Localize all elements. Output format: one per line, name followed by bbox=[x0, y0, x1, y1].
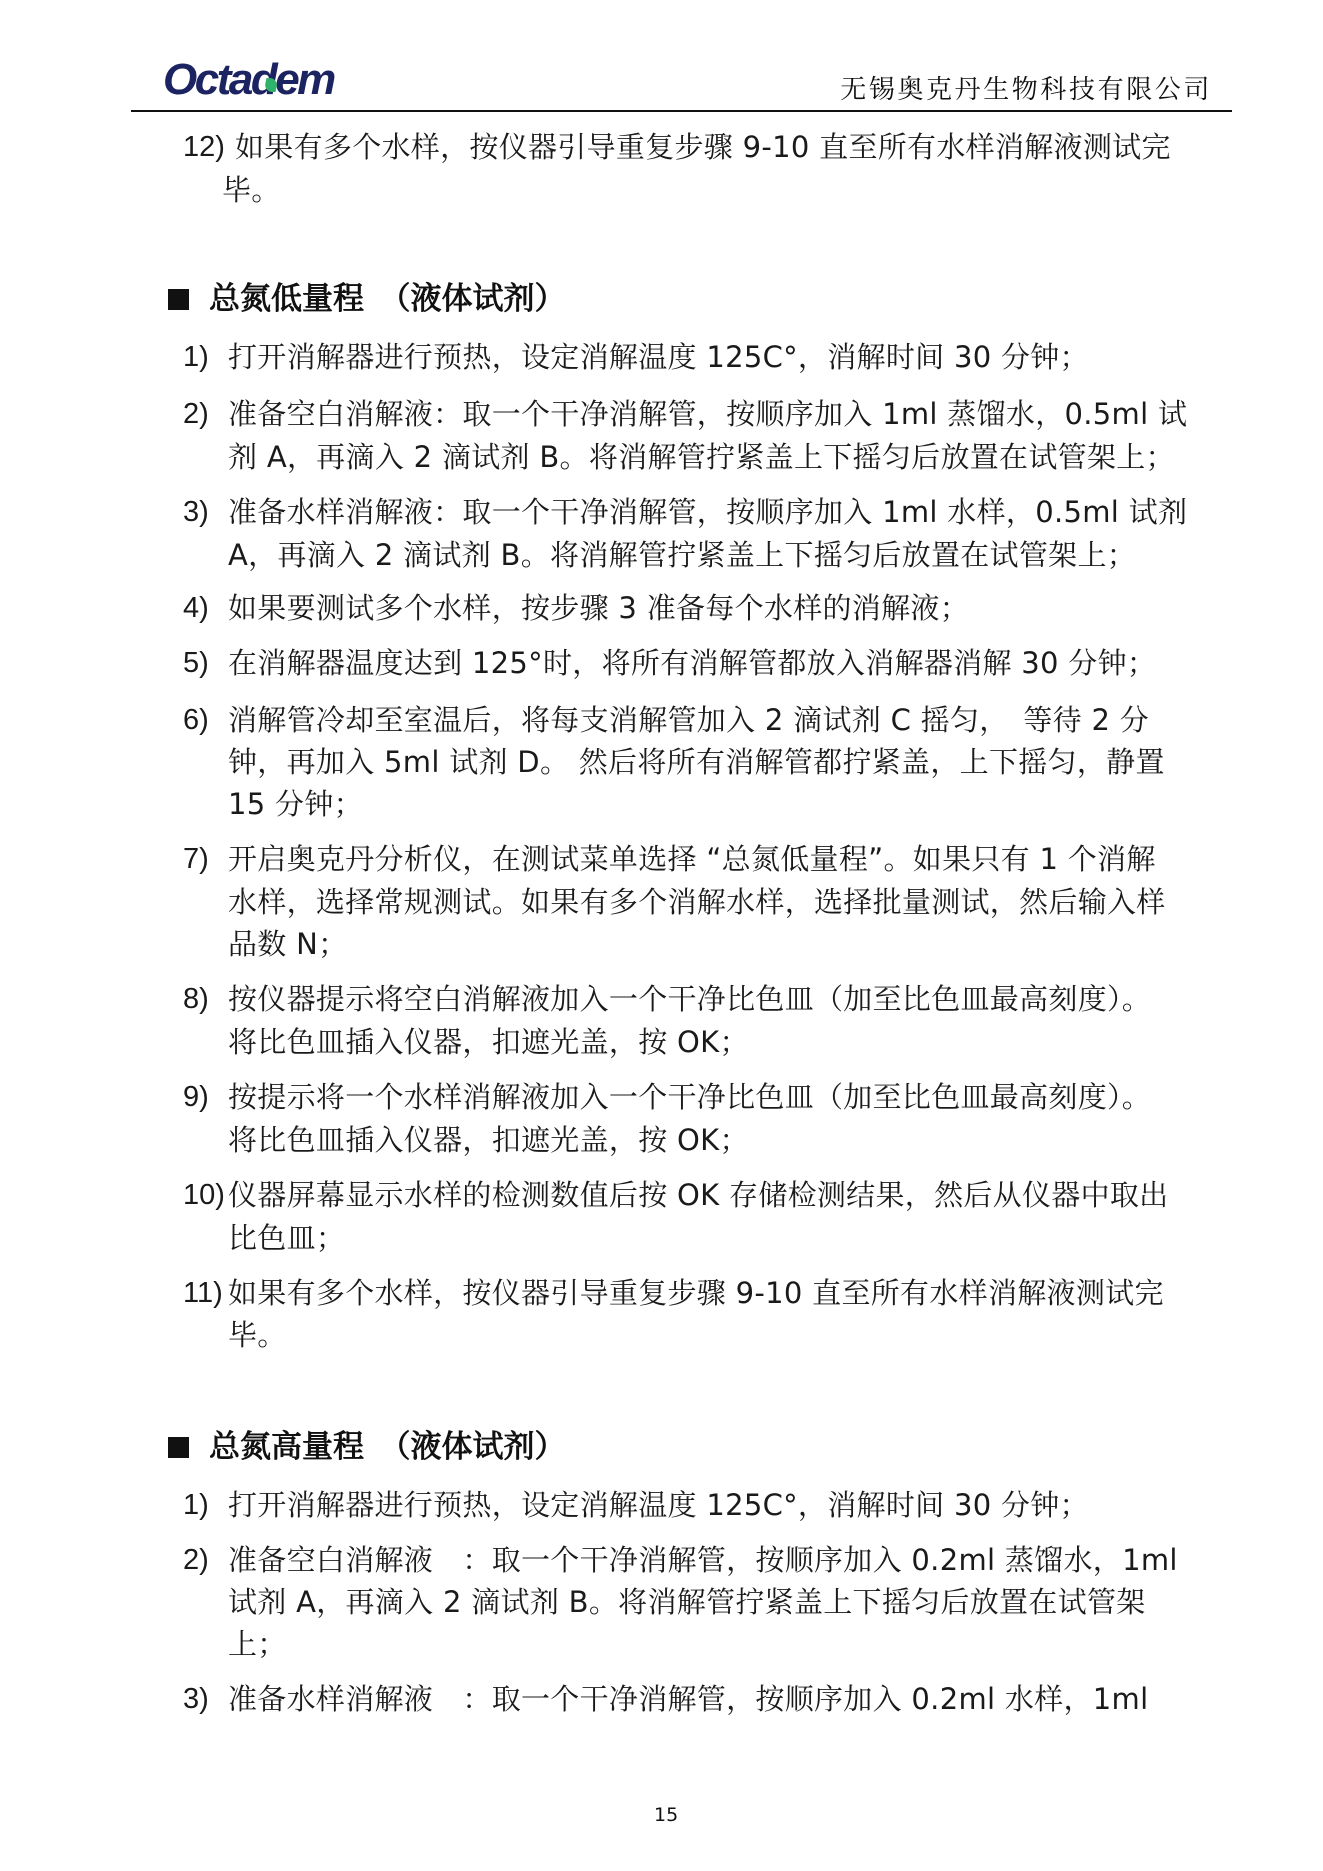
header-divider bbox=[131, 110, 1232, 112]
item-number: 2) bbox=[183, 394, 209, 434]
item-line: 准备水样消解液：取一个干净消解管，按顺序加入 1ml 水样，0.5ml 试剂 bbox=[228, 492, 1187, 532]
item-line: 如果有多个水样，按仪器引导重复步骤 9-10 直至所有水样消解液测试完 bbox=[228, 1273, 1164, 1313]
item-line: 15 分钟； bbox=[228, 784, 363, 824]
item-line: 在消解器温度达到 125°时，将所有消解管都放入消解器消解 30 分钟； bbox=[228, 643, 1156, 683]
section-heading-high-range: 总氮高量程 （液体试剂） bbox=[168, 1427, 566, 1467]
company-logo: Octadem bbox=[163, 58, 334, 102]
item-line: 打开消解器进行预热，设定消解温度 125C°，消解时间 30 分钟； bbox=[228, 337, 1089, 377]
item-number: 5) bbox=[183, 643, 209, 683]
item-number: 3) bbox=[183, 492, 209, 532]
item-number: 11) bbox=[183, 1273, 223, 1313]
item-line: 如果有多个水样，按仪器引导重复步骤 9-10 直至所有水样消解液测试完 bbox=[235, 127, 1171, 167]
item-line: 按提示将一个水样消解液加入一个干净比色皿（加至比色皿最高刻度）。 bbox=[228, 1077, 1151, 1117]
item-number: 1) bbox=[183, 337, 209, 377]
item-line: 水样，选择常规测试。如果有多个消解水样，选择批量测试，然后输入样 bbox=[228, 882, 1166, 922]
item-number: 3) bbox=[183, 1679, 209, 1719]
item-line: 准备空白消解液 ：取一个干净消解管，按顺序加入 0.2ml 蒸馏水，1ml bbox=[228, 1540, 1178, 1580]
item-line: 品数 N； bbox=[228, 924, 347, 964]
item-line: 打开消解器进行预热，设定消解温度 125C°，消解时间 30 分钟； bbox=[228, 1485, 1089, 1525]
item-line: 剂 A，再滴入 2 滴试剂 B。将消解管拧紧盖上下摇匀后放置在试管架上； bbox=[228, 437, 1175, 477]
company-name: 无锡奥克丹生物科技有限公司 bbox=[840, 74, 1212, 106]
item-line: 比色皿； bbox=[228, 1218, 345, 1258]
item-line: 上； bbox=[228, 1624, 287, 1664]
item-line: 仪器屏幕显示水样的检测数值后按 OK 存储检测结果，然后从仪器中取出 bbox=[228, 1175, 1168, 1215]
page-number: 15 bbox=[654, 1803, 678, 1827]
section-title: 总氮高量程 （液体试剂） bbox=[209, 1427, 566, 1467]
item-number: 9) bbox=[183, 1077, 209, 1117]
item-number: 8) bbox=[183, 979, 209, 1019]
logo-wordmark: Octadem bbox=[163, 58, 334, 102]
item-number: 4) bbox=[183, 588, 209, 628]
item-number: 2) bbox=[183, 1540, 209, 1580]
item-line: 消解管冷却至室温后，将每支消解管加入 2 滴试剂 C 摇匀， 等待 2 分 bbox=[228, 700, 1149, 740]
item-line: 钟，再加入 5ml 试剂 D。 然后将所有消解管都拧紧盖，上下摇匀，静置 bbox=[228, 742, 1165, 782]
item-line: 将比色皿插入仪器，扣遮光盖，按 OK； bbox=[228, 1022, 749, 1062]
item-number: 10) bbox=[183, 1175, 225, 1215]
section-title: 总氮低量程 （液体试剂） bbox=[209, 279, 566, 319]
item-line: 准备空白消解液：取一个干净消解管，按顺序加入 1ml 蒸馏水，0.5ml 试 bbox=[228, 394, 1187, 434]
item-line: 如果要测试多个水样，按步骤 3 准备每个水样的消解液； bbox=[228, 588, 969, 628]
item-number: 12) bbox=[183, 127, 225, 167]
section-heading-low-range: 总氮低量程 （液体试剂） bbox=[168, 279, 566, 319]
item-line: 毕。 bbox=[228, 1315, 287, 1355]
item-line: 按仪器提示将空白消解液加入一个干净比色皿（加至比色皿最高刻度）。 bbox=[228, 979, 1151, 1019]
item-number: 6) bbox=[183, 700, 209, 740]
item-line: 准备水样消解液 ：取一个干净消解管，按顺序加入 0.2ml 水样，1ml bbox=[228, 1679, 1148, 1719]
item-line: 试剂 A，再滴入 2 滴试剂 B。将消解管拧紧盖上下摇匀后放置在试管架 bbox=[228, 1582, 1146, 1622]
item-number: 7) bbox=[183, 839, 209, 879]
item-line: A，再滴入 2 滴试剂 B。将消解管拧紧盖上下摇匀后放置在试管架上； bbox=[228, 535, 1136, 575]
item-line: 开启奥克丹分析仪，在测试菜单选择 “总氮低量程”。如果只有 1 个消解 bbox=[228, 839, 1156, 879]
item-line: 毕。 bbox=[222, 170, 281, 210]
square-bullet-icon bbox=[168, 289, 189, 310]
item-number: 1) bbox=[183, 1485, 209, 1525]
square-bullet-icon bbox=[168, 1437, 189, 1458]
item-line: 将比色皿插入仪器，扣遮光盖，按 OK； bbox=[228, 1120, 749, 1160]
